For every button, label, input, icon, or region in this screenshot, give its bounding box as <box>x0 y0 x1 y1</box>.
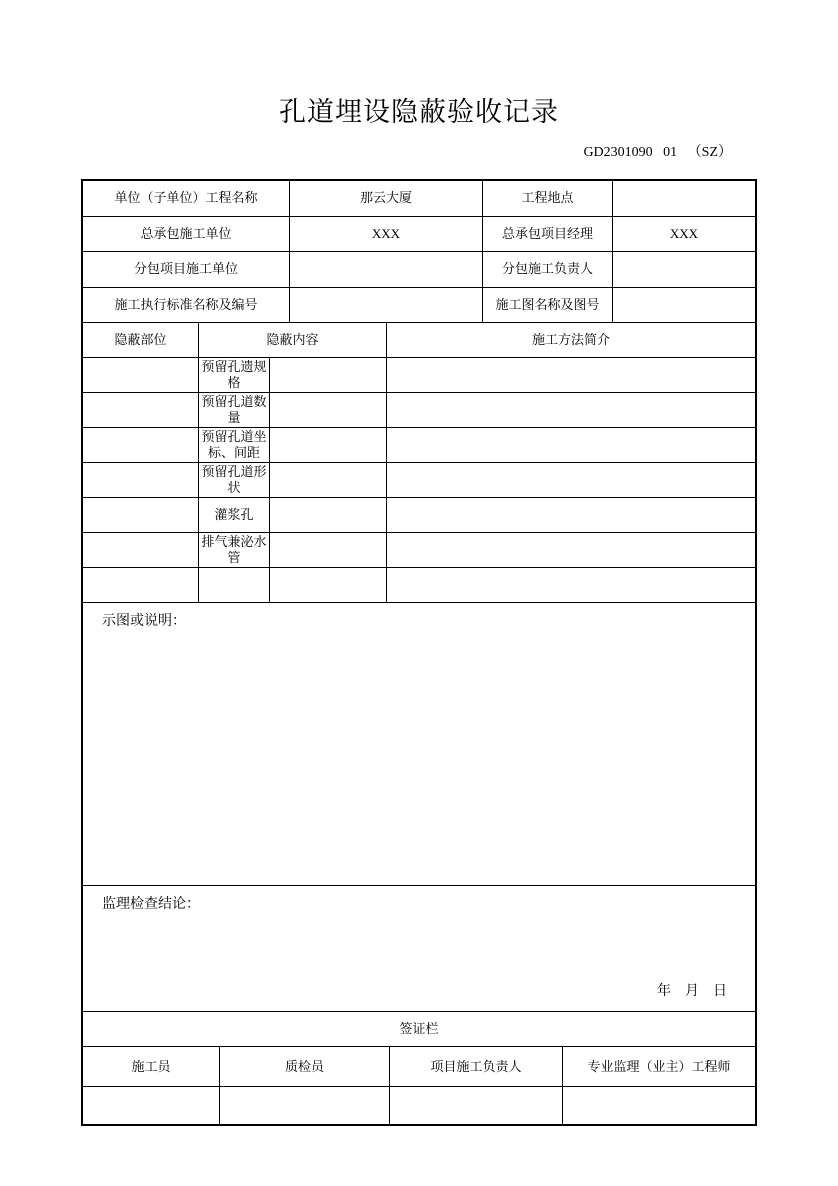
item-value-cell <box>270 428 387 463</box>
item-label: 预留孔道数量 <box>199 393 270 428</box>
method-cell <box>387 358 755 393</box>
hidden-part-cell <box>83 393 199 428</box>
signature-value-row <box>83 1087 755 1124</box>
project-name-label: 单位（子单位）工程名称 <box>83 181 290 217</box>
item-value-cell <box>270 568 387 603</box>
hidden-part-header: 隐蔽部位 <box>83 323 199 358</box>
date-line: 年 月 日 <box>657 984 727 1000</box>
form-table: 单位（子单位）工程名称 那云大厦 工程地点 总承包施工单位 XXX 总承包项目经… <box>81 179 757 1126</box>
supervision-engineer-label: 专业监理（业主）工程师 <box>563 1047 755 1087</box>
subcontractor-value <box>290 252 483 288</box>
project-location-label: 工程地点 <box>483 181 613 217</box>
general-contractor-value: XXX <box>290 217 483 253</box>
item-label: 灌浆孔 <box>199 498 270 533</box>
hidden-part-cell <box>83 498 199 533</box>
constructor-signature-cell <box>83 1087 220 1124</box>
concealment-row-grouting-hole: 灌浆孔 <box>83 498 755 533</box>
concealment-row-duct-quantity: 预留孔道数量 <box>83 393 755 428</box>
subcontractor-label: 分包项目施工单位 <box>83 252 290 288</box>
quality-inspector-signature-cell <box>220 1087 390 1124</box>
item-label <box>199 568 270 603</box>
project-name-value: 那云大厦 <box>290 181 483 217</box>
method-cell <box>387 393 755 428</box>
concealment-row-empty <box>83 568 755 603</box>
project-manager-value: XXX <box>613 217 755 253</box>
supervision-area: 监理检查结论： 年 月 日 <box>83 886 755 1012</box>
supervision-section: 监理检查结论： 年 月 日 <box>83 886 755 1012</box>
project-location-value <box>613 181 755 217</box>
item-label: 预留孔遗规格 <box>199 358 270 393</box>
page-title: 孔道埋设隐蔽验收记录 <box>0 90 838 129</box>
general-contractor-label: 总承包施工单位 <box>83 217 290 253</box>
info-row-project-name: 单位（子单位）工程名称 那云大厦 工程地点 <box>83 181 755 217</box>
diagram-label: 示图或说明： <box>102 614 186 630</box>
hidden-content-header: 隐蔽内容 <box>199 323 387 358</box>
hidden-part-cell <box>83 533 199 568</box>
item-label: 排气兼泌水管 <box>199 533 270 568</box>
standard-name-label: 施工执行标准名称及编号 <box>83 288 290 324</box>
info-row-subcontractor: 分包项目施工单位 分包施工负责人 <box>83 252 755 288</box>
construction-method-header: 施工方法简介 <box>387 323 755 358</box>
hidden-part-cell <box>83 568 199 603</box>
item-value-cell <box>270 533 387 568</box>
method-cell <box>387 533 755 568</box>
supervision-engineer-signature-cell <box>563 1087 755 1124</box>
form-code: GD2301090 01 （SZ） <box>583 141 732 161</box>
concealment-header-row: 隐蔽部位 隐蔽内容 施工方法简介 <box>83 323 755 358</box>
item-value-cell <box>270 498 387 533</box>
project-manager-label: 总承包项目经理 <box>483 217 613 253</box>
method-cell <box>387 428 755 463</box>
method-cell <box>387 568 755 603</box>
concealment-row-duct-coords: 预留孔道坐标、间距 <box>83 428 755 463</box>
drawing-number-label: 施工图名称及图号 <box>483 288 613 324</box>
constructor-label: 施工员 <box>83 1047 220 1087</box>
project-leader-signature-cell <box>390 1087 563 1124</box>
diagram-area: 示图或说明： <box>83 603 755 886</box>
method-cell <box>387 498 755 533</box>
diagram-section: 示图或说明： <box>83 603 755 886</box>
item-value-cell <box>270 393 387 428</box>
hidden-part-cell <box>83 463 199 498</box>
item-value-cell <box>270 358 387 393</box>
info-row-standard: 施工执行标准名称及编号 施工图名称及图号 <box>83 288 755 324</box>
supervision-label: 监理检查结论： <box>102 897 200 913</box>
quality-inspector-label: 质检员 <box>220 1047 390 1087</box>
info-row-general-contractor: 总承包施工单位 XXX 总承包项目经理 XXX <box>83 217 755 253</box>
method-cell <box>387 463 755 498</box>
hidden-part-cell <box>83 428 199 463</box>
concealment-row-duct-spec: 预留孔遗规格 <box>83 358 755 393</box>
signature-title: 签证栏 <box>83 1012 755 1047</box>
standard-name-value <box>290 288 483 324</box>
concealment-row-duct-shape: 预留孔道形状 <box>83 463 755 498</box>
drawing-number-value <box>613 288 755 324</box>
concealment-row-vent-pipe: 排气兼泌水管 <box>83 533 755 568</box>
signature-title-row: 签证栏 <box>83 1012 755 1047</box>
item-value-cell <box>270 463 387 498</box>
project-leader-label: 项目施工负责人 <box>390 1047 563 1087</box>
item-label: 预留孔道形状 <box>199 463 270 498</box>
subcontractor-leader-value <box>613 252 755 288</box>
item-label: 预留孔道坐标、间距 <box>199 428 270 463</box>
hidden-part-cell <box>83 358 199 393</box>
signature-label-row: 施工员 质检员 项目施工负责人 专业监理（业主）工程师 <box>83 1047 755 1087</box>
subcontractor-leader-label: 分包施工负责人 <box>483 252 613 288</box>
